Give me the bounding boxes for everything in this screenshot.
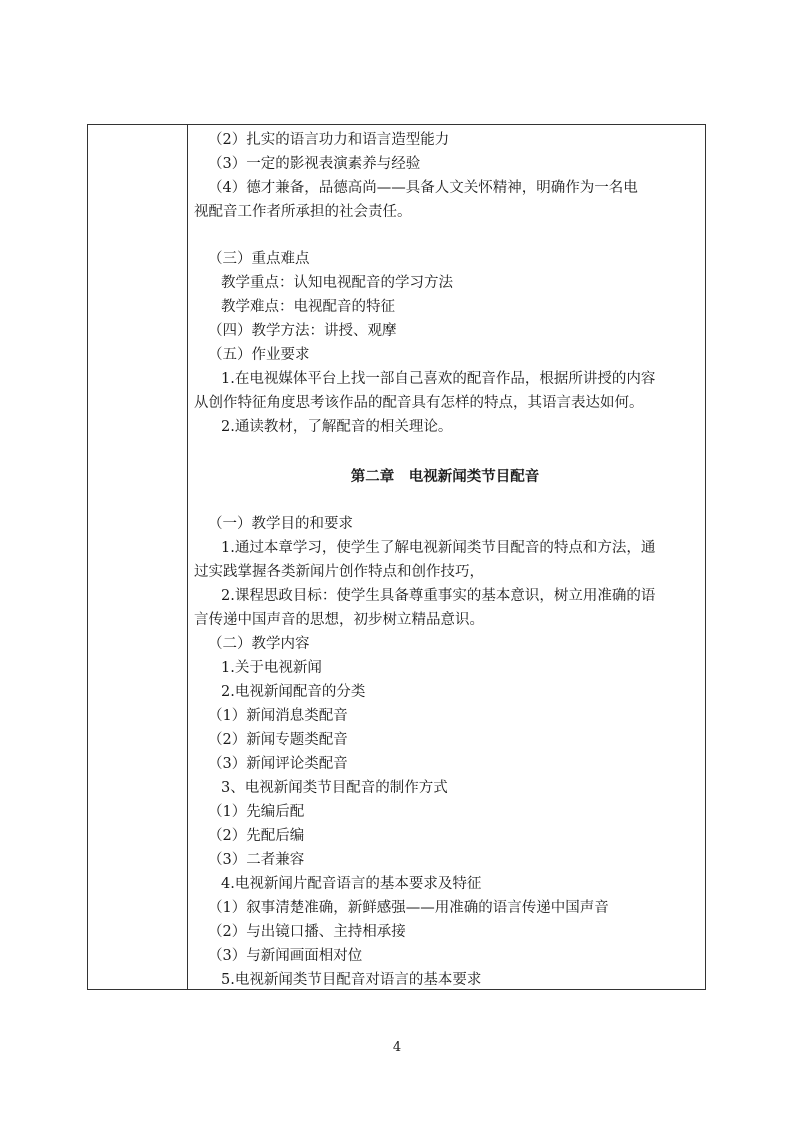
text-line: （1）叙事清楚准确，新鲜感强——用准确的语言传递中国声音 xyxy=(194,899,697,917)
text-line: 2.电视新闻配音的分类 xyxy=(194,683,697,701)
text-line: （2）与出镜口播、主持相承接 xyxy=(194,923,697,941)
text-line: 视配音工作者所承担的社会责任。 xyxy=(194,203,697,221)
text-line: 从创作特征角度思考该作品的配音具有怎样的特点，其语言表达如何。 xyxy=(194,394,697,412)
section-heading: （三）重点难点 xyxy=(194,250,697,268)
page-number: 4 xyxy=(0,1040,794,1055)
text-line: （1）先编后配 xyxy=(194,803,697,821)
content-cell: （2）扎实的语言功力和语言造型能力 （3）一定的影视表演素养与经验 （4）德才兼… xyxy=(189,125,701,989)
text-line: （3）二者兼容 xyxy=(194,851,697,869)
text-line: （2）扎实的语言功力和语言造型能力 xyxy=(194,131,697,149)
text-line: 3、电视新闻类节目配音的制作方式 xyxy=(194,779,697,797)
text-line: 教学难点：电视配音的特征 xyxy=(194,298,697,316)
column-divider xyxy=(187,125,188,989)
text-line: 1.关于电视新闻 xyxy=(194,659,697,677)
text-line: 2.课程思政目标：使学生具备尊重事实的基本意识，树立用准确的语 xyxy=(194,587,697,605)
text-line: （3）与新闻画面相对位 xyxy=(194,947,697,965)
syllabus-table: （2）扎实的语言功力和语言造型能力 （3）一定的影视表演素养与经验 （4）德才兼… xyxy=(87,124,706,990)
text-line: （2）新闻专题类配音 xyxy=(194,731,697,749)
text-line: 言传递中国声音的思想，初步树立精品意识。 xyxy=(194,611,697,629)
text-line: 1.在电视媒体平台上找一部自己喜欢的配音作品，根据所讲授的内容 xyxy=(194,370,697,388)
text-line: 1.通过本章学习，使学生了解电视新闻类节目配音的特点和方法，通 xyxy=(194,539,697,557)
text-line: （3）一定的影视表演素养与经验 xyxy=(194,155,697,173)
text-line: （2）先配后编 xyxy=(194,827,697,845)
section-heading: （二）教学内容 xyxy=(194,635,697,653)
text-line: （3）新闻评论类配音 xyxy=(194,755,697,773)
section-heading: （四）教学方法：讲授、观摩 xyxy=(194,322,697,340)
text-line: 2.通读教材，了解配音的相关理论。 xyxy=(194,418,697,436)
text-line: 过实践掌握各类新闻片创作特点和创作技巧， xyxy=(194,563,697,581)
chapter-title: 第二章 电视新闻类节目配音 xyxy=(189,468,701,486)
text-line: （4）德才兼备，品德高尚——具备人文关怀精神，明确作为一名电 xyxy=(194,179,697,197)
text-line: 5.电视新闻类节目配音对语言的基本要求 xyxy=(194,971,697,989)
section-heading: （五）作业要求 xyxy=(194,346,697,364)
text-line: 4.电视新闻片配音语言的基本要求及特征 xyxy=(194,875,697,893)
section-heading: （一）教学目的和要求 xyxy=(194,515,697,533)
text-line: （1）新闻消息类配音 xyxy=(194,707,697,725)
text-line: 教学重点：认知电视配音的学习方法 xyxy=(194,274,697,292)
